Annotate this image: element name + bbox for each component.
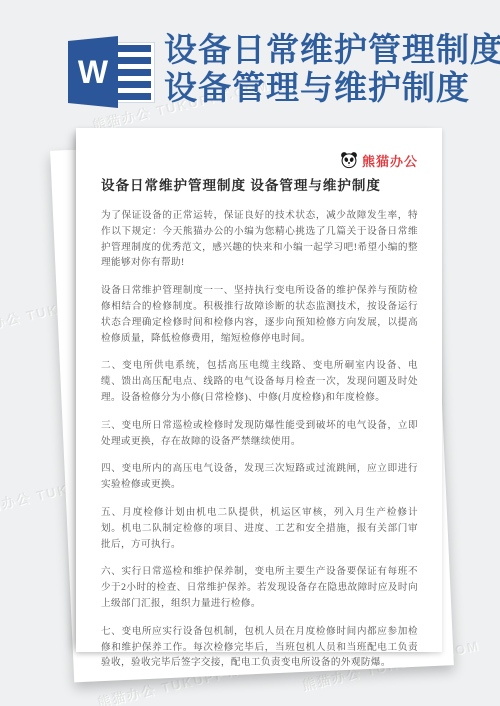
paragraph: 七、变电所应实行设备包机制，包机人员在月度检修时间内都应参加检修和维护保养工作。…: [101, 624, 418, 671]
document-preview: 熊猫办公 TUKUPPT.COM 熊猫办公 TUKUPPT.COM 熊猫办公 T…: [0, 0, 500, 706]
doc-title: 设备日常维护管理制度 设备管理与维护制度: [101, 174, 418, 194]
preview-title-line1: 设备日常维护管理制度: [164, 32, 494, 70]
preview-title: 设备日常维护管理制度 设备管理与维护制度: [164, 32, 494, 108]
word-letter: W: [78, 56, 108, 88]
brand-row: 熊猫办公: [101, 150, 418, 170]
paragraph: 四、变电所内的高压电气设备，发现三次短路或过流跳闸，应立即进行实验检修或更换。: [101, 461, 418, 493]
header: W 设备日常维护管理制度 设备管理与维护制度: [0, 0, 500, 120]
doc-body: 为了保证设备的正常运转，保证良好的技术状态，减少故障发生率，特作以下规定：今天熊…: [101, 208, 418, 671]
word-w-panel: W: [68, 36, 118, 108]
panda-logo-icon: [340, 151, 358, 169]
brand-label: 熊猫办公: [362, 151, 418, 170]
word-file-icon: W: [68, 36, 156, 108]
preview-title-line2: 设备管理与维护制度: [164, 70, 494, 108]
paragraph: 五、月度检修计划由机电二队提供，机运区审核，列入月生产检修计划。机电二队制定检修…: [101, 505, 418, 552]
paragraph: 为了保证设备的正常运转，保证良好的技术状态，减少故障发生率，特作以下规定：今天熊…: [101, 208, 418, 271]
paragraph: 设备日常维护管理制度一一、坚持执行变电所设备的维护保养与预防检修相结合的检修制度…: [101, 283, 418, 346]
paragraph: 二、变电所供电系统，包括高压电缆主线路、变电所硐室内设备、电缆、馈出高压配电点、…: [101, 358, 418, 405]
document-page: 熊猫办公 设备日常维护管理制度 设备管理与维护制度 为了保证设备的正常运转，保证…: [76, 128, 442, 652]
paragraph: 六、实行日常巡检和维护保养制，变电所主要生产设备要保证有每班不少于2小时的检查、…: [101, 564, 418, 611]
paragraph: 三、变电所日常巡检或检修时发现防爆性能受到破坏的电气设备，立即处理或更换，存在故…: [101, 418, 418, 450]
